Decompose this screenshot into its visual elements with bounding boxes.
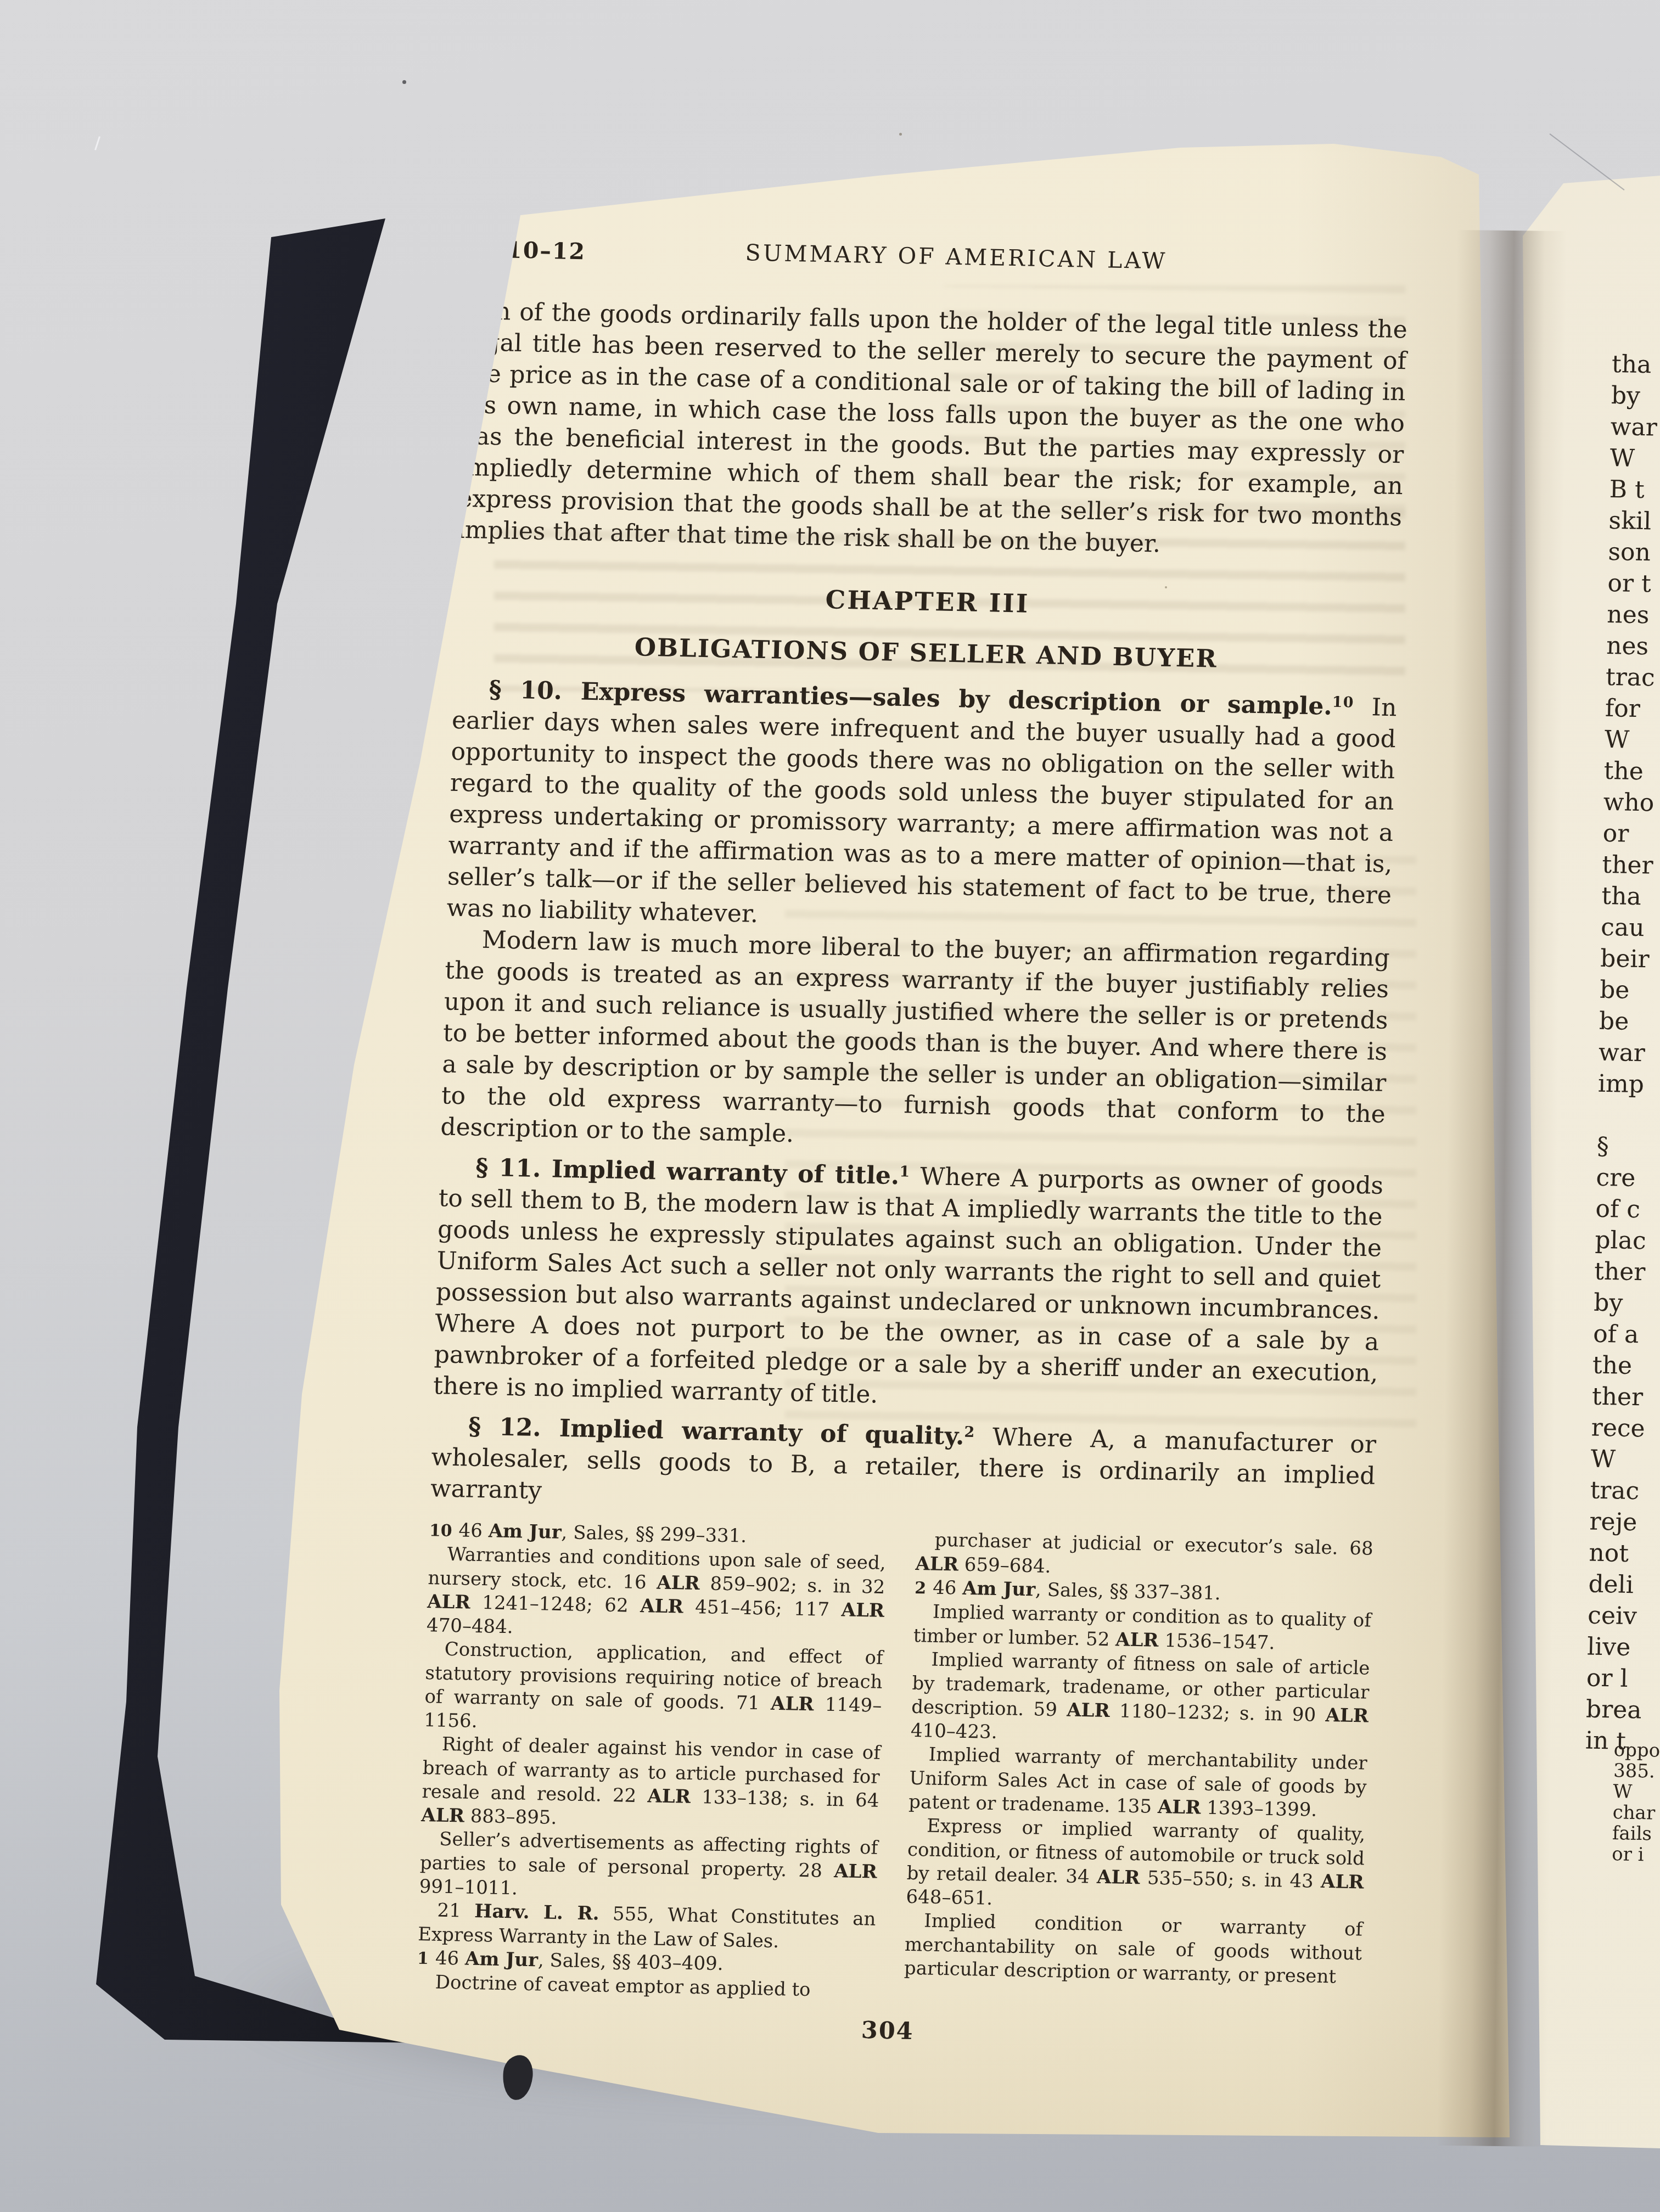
footnote-text: purchaser at judicial or executor’s sale… [915, 1529, 1373, 1577]
facing-page-line: imp [1597, 1068, 1660, 1101]
facing-page-line: W [1604, 724, 1660, 756]
facing-page-footnote-line: oppo [1613, 1739, 1660, 1761]
facing-page-line: ther [1602, 849, 1660, 882]
facing-page-line: reje [1589, 1506, 1660, 1539]
facing-page-line: be [1599, 1006, 1660, 1038]
facing-page-line: who [1603, 787, 1660, 819]
chapter-number: CHAPTER III [455, 576, 1400, 627]
footnote-reference-2: 2 [964, 1424, 975, 1441]
footnote-text: Implied warranty of fitness on sale of a… [910, 1649, 1370, 1743]
facing-page-line: of a [1593, 1318, 1660, 1351]
facing-page-line: or l [1586, 1663, 1658, 1695]
facing-page-line: for [1605, 693, 1660, 725]
footnote-text: Implied warranty of merchantability unde… [908, 1744, 1367, 1821]
facing-page-line: W [1609, 442, 1660, 475]
section-10-paragraph: § 10. Express warranties—sales by descri… [446, 673, 1397, 942]
footnote-text: 46 Am Jur, Sales, §§ 403–409. [435, 1947, 724, 1975]
footnote-text: 46 Am Jur, Sales, §§ 299–331. [458, 1519, 747, 1547]
footnote: Construction, application, and effect of… [424, 1637, 884, 1742]
facing-page-line [1597, 1099, 1660, 1132]
facing-page-line: deli [1588, 1569, 1660, 1601]
running-head-title: SUMMARY OF AMERICAN LAW [465, 232, 1410, 279]
footnote-text: Implied condition or warranty of merchan… [904, 1910, 1362, 1988]
footnote: Implied warranty of merchantability unde… [908, 1743, 1367, 1823]
section-11-paragraph: § 11. Implied warranty of title.1 Where … [433, 1151, 1383, 1420]
facing-page-line: trac [1606, 661, 1660, 694]
footnotes: 1046 Am Jur, Sales, §§ 299–331.Warrantie… [416, 1518, 1373, 2013]
facing-page-line: war [1610, 411, 1660, 443]
facing-page-line: brea [1585, 1694, 1657, 1726]
facing-page-footnote-fragments: oppo385.Wcharfailsor i [1612, 1739, 1660, 1866]
footnotes-right-column: purchaser at judicial or executor’s sale… [903, 1528, 1373, 2013]
facing-page-line: by [1611, 380, 1660, 412]
footnote-text: Express or implied warranty of quality, … [906, 1815, 1366, 1909]
footnote-marker: 2 [915, 1579, 927, 1598]
facing-page-line: tha [1601, 880, 1660, 913]
facing-page-line: ceiv [1588, 1600, 1659, 1632]
surface-speck [402, 80, 406, 84]
facing-page-line: tha [1612, 349, 1660, 381]
footnote-text: Construction, application, and effect of… [424, 1638, 884, 1732]
facing-page-line: nes [1607, 599, 1660, 631]
footnote-reference-1: 1 [899, 1163, 911, 1180]
facing-page-footnote-line: or i [1612, 1844, 1660, 1866]
facing-page-line: live [1587, 1631, 1659, 1664]
footnote: Seller’s advertisements as affecting rig… [419, 1827, 878, 1908]
footnote-text: Warranties and conditions upon sale of s… [427, 1543, 887, 1638]
facing-page-line: cre [1596, 1162, 1660, 1194]
paper-speck [1165, 586, 1167, 588]
facing-page-line: war [1598, 1037, 1660, 1069]
facing-page-line: trac [1590, 1475, 1660, 1507]
section-10-text: In earlier days when sales were infreque… [446, 693, 1397, 928]
paragraph-risk-continuation: tion of the goods ordinarily falls upon … [457, 295, 1407, 564]
running-head: §§ 10–12 SUMMARY OF AMERICAN LAW [464, 232, 1410, 289]
footnote-text: Implied warranty or condition as to qual… [913, 1601, 1371, 1654]
facing-page-footnote-line: fails [1612, 1823, 1660, 1845]
facing-page-footnote-line: W [1613, 1781, 1660, 1803]
footnote: Implied condition or warranty of merchan… [904, 1909, 1362, 1990]
footnote: Implied warranty or condition as to qual… [913, 1600, 1371, 1657]
footnote-reference-10: 10 [1332, 694, 1354, 711]
footnote-text: Right of dealer against his vendor in ca… [421, 1733, 881, 1829]
footnotes-left-column: 1046 Am Jur, Sales, §§ 299–331.Warrantie… [416, 1518, 887, 2003]
page-text-block: §§ 10–12 SUMMARY OF AMERICAN LAW tion of… [415, 232, 1409, 2054]
section-12-paragraph: § 12. Implied warranty of quality.2 Wher… [430, 1410, 1376, 1523]
facing-page-line: § [1596, 1131, 1660, 1163]
footnote: Right of dealer against his vendor in ca… [421, 1732, 881, 1837]
footnote-text: 46 Am Jur, Sales, §§ 337–381. [933, 1577, 1221, 1605]
facing-page-line: the [1603, 755, 1660, 788]
facing-page-footnote-line: 385. [1613, 1760, 1660, 1782]
footnote-text: 21 Harv. L. R. 555, What Constitutes an … [418, 1900, 876, 1952]
section-11-heading: § 11. Implied warranty of title. [475, 1154, 900, 1190]
facing-page-line: plac [1595, 1225, 1660, 1257]
footnote: Implied warranty of fitness on sale of a… [910, 1648, 1370, 1752]
facing-page-line: nes [1606, 630, 1660, 663]
facing-page-line: of c [1595, 1193, 1660, 1226]
facing-page-line: or [1602, 818, 1660, 850]
facing-page-line: ther [1594, 1256, 1660, 1288]
footnote: Express or implied warranty of quality, … [906, 1814, 1366, 1918]
facing-page-line: cau [1601, 912, 1660, 944]
footnote: purchaser at judicial or executor’s sale… [915, 1528, 1373, 1585]
facing-page-line: skil [1608, 505, 1660, 537]
footnote: Warranties and conditions upon sale of s… [426, 1542, 886, 1647]
footnote-marker: 10 [429, 1521, 452, 1541]
facing-page-line: be [1600, 974, 1660, 1007]
facing-page-line: or t [1607, 568, 1660, 600]
facing-page-line-fragments: thabywarWB tskilsonor tnesnestracforWthe… [1585, 349, 1660, 1758]
facing-page-line: not [1589, 1537, 1660, 1570]
paragraph-modern-law: Modern law is much more liberal to the b… [440, 924, 1390, 1161]
facing-page-line: son [1608, 536, 1660, 569]
footnote-marker: 1 [417, 1949, 429, 1968]
footnote-text: Seller’s advertisements as affecting rig… [419, 1828, 878, 1900]
facing-page-line: rece [1591, 1412, 1660, 1445]
facing-page-line: beir [1600, 943, 1660, 975]
facing-page-line: B t [1609, 474, 1660, 506]
facing-page-line: by [1594, 1287, 1660, 1320]
book-photo-scene: §§ 10–12 SUMMARY OF AMERICAN LAW tion of… [0, 0, 1660, 2212]
facing-page-line: the [1592, 1350, 1660, 1382]
facing-page-line: W [1590, 1444, 1660, 1476]
facing-page-footnote-line: char [1612, 1802, 1660, 1824]
section-11-text: Where A purports as owner of goods to se… [433, 1163, 1384, 1409]
surface-scratch [94, 136, 100, 150]
footnote: 21 Harv. L. R. 555, What Constitutes an … [418, 1899, 876, 1956]
gutter-shadow [1437, 230, 1567, 2147]
page-number: 304 [415, 2008, 1360, 2054]
chapter-title: OBLIGATIONS OF SELLER AND BUYER [453, 628, 1398, 678]
facing-page-line: ther [1591, 1381, 1660, 1413]
paper-speck [899, 133, 902, 136]
